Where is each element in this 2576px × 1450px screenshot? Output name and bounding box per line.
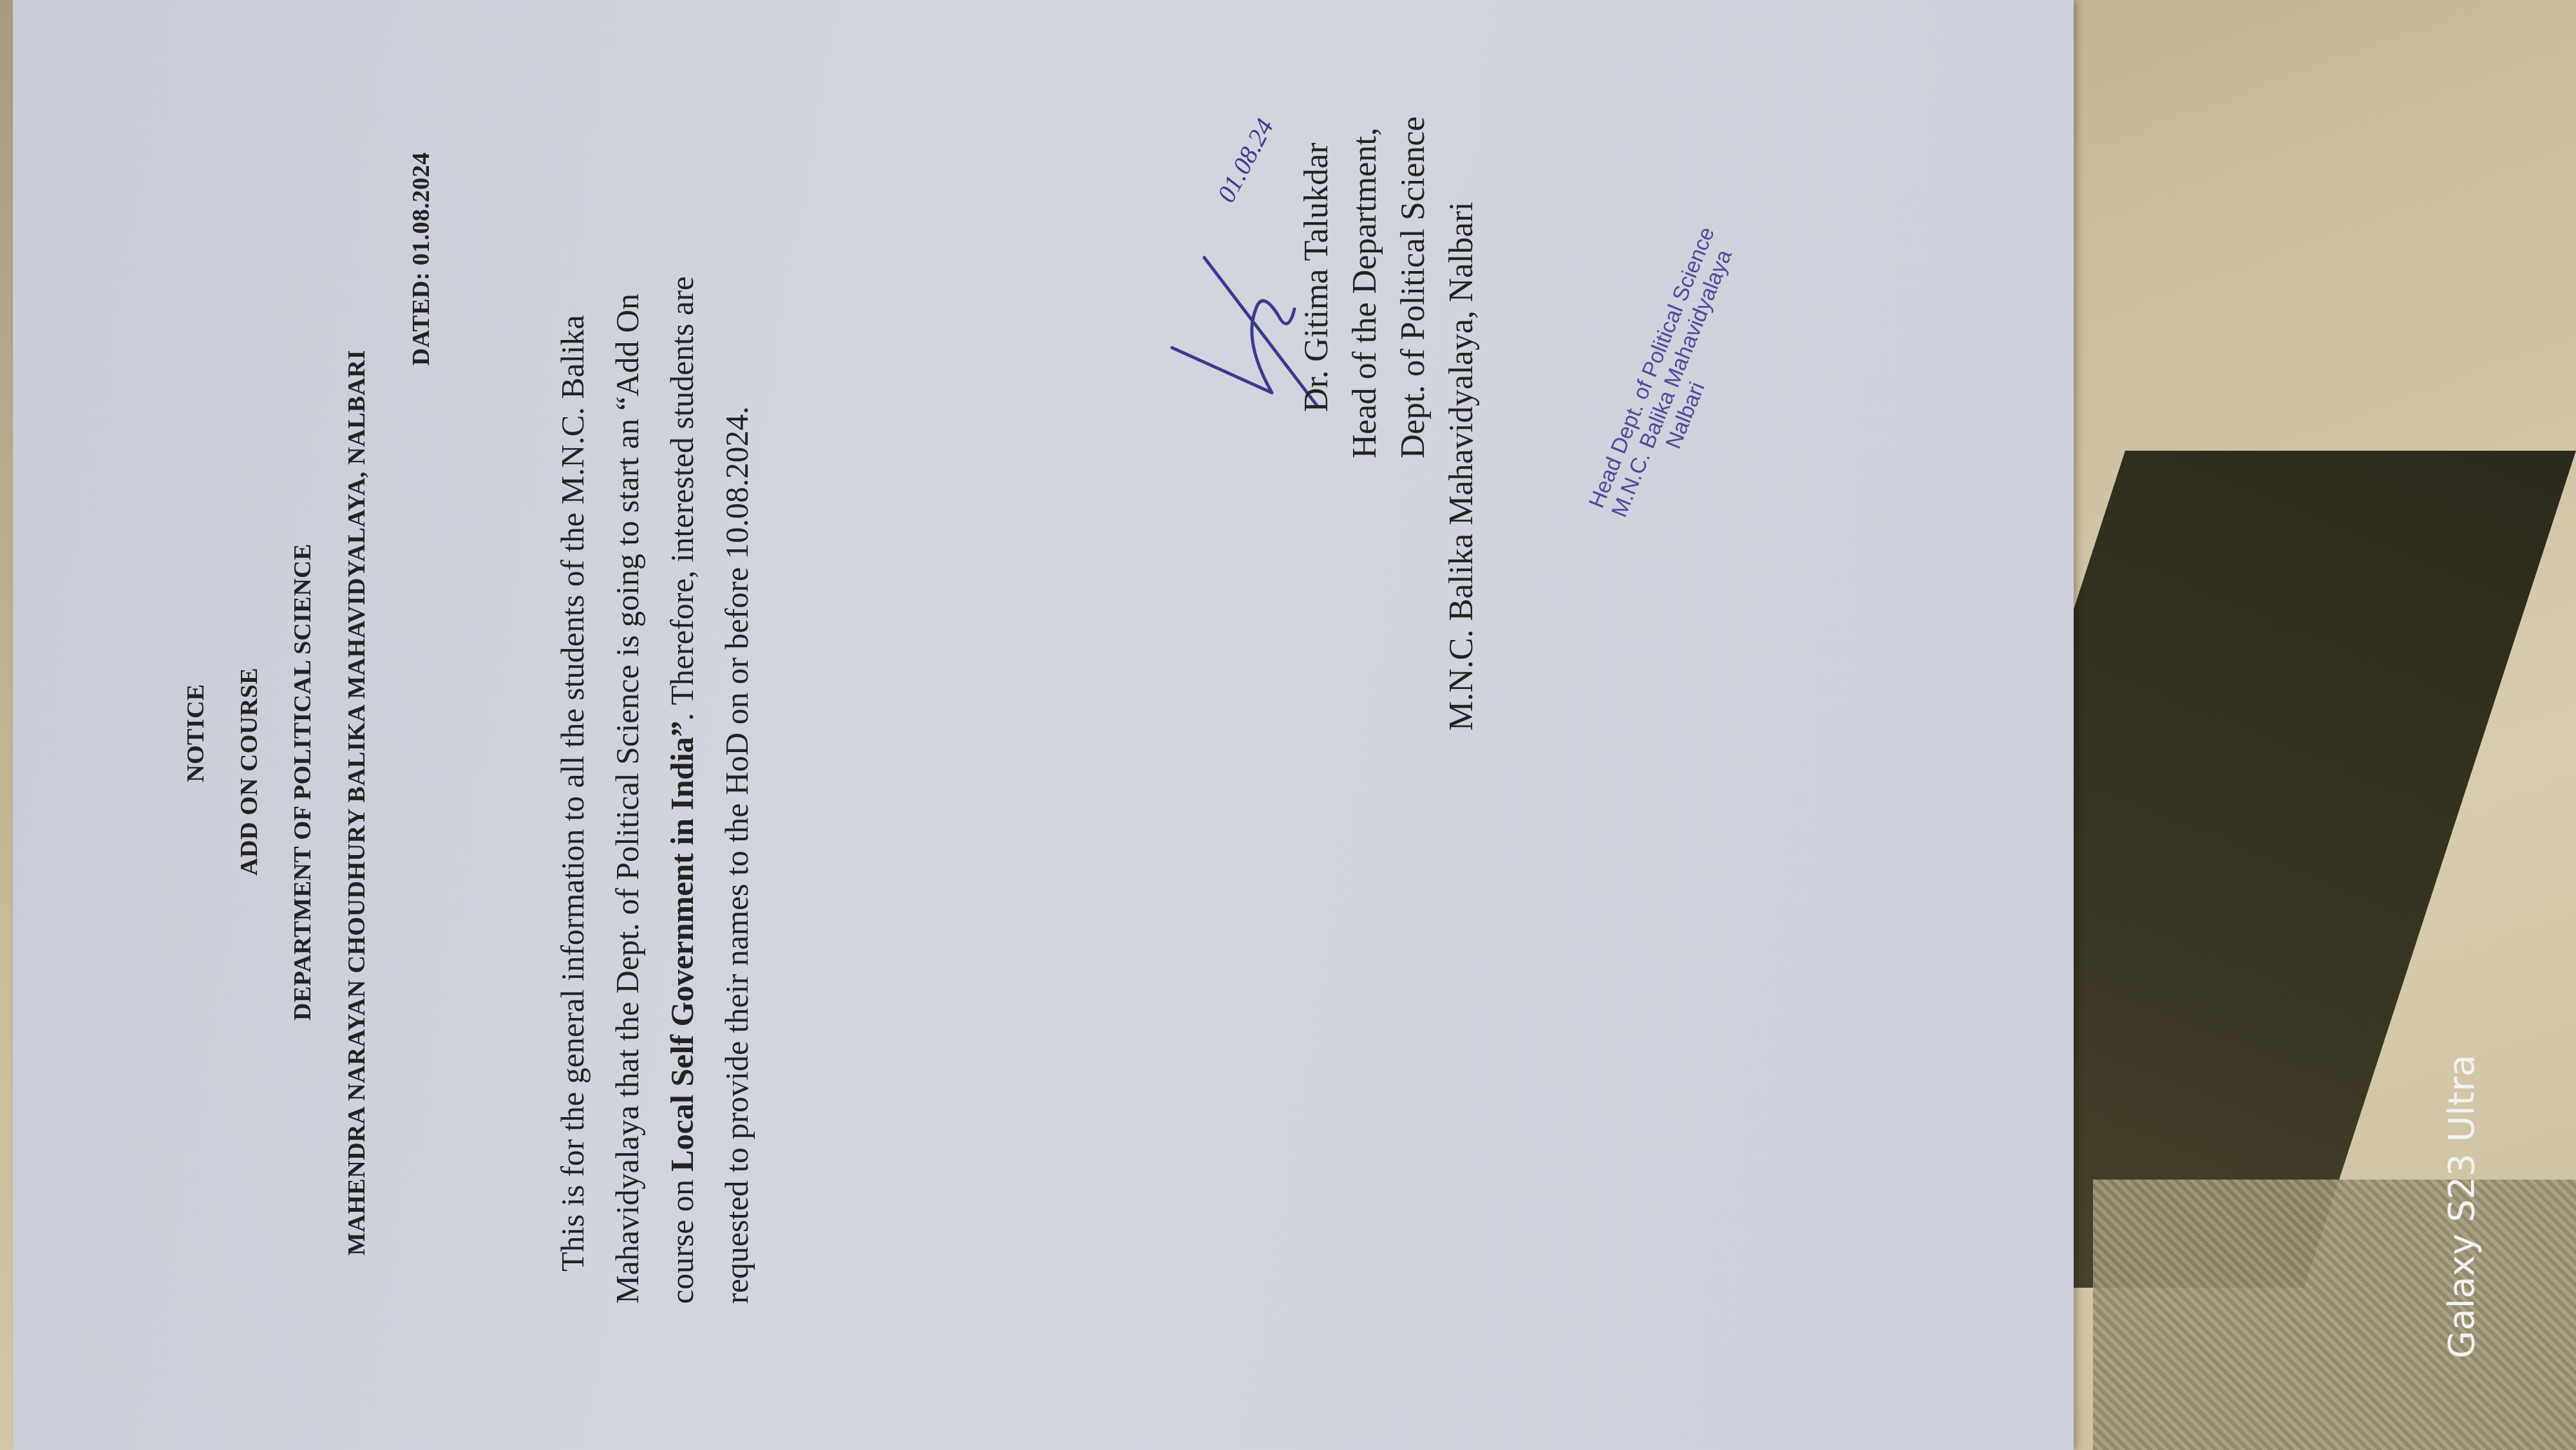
notice-subtitle: ADD ON COURSE <box>235 668 263 876</box>
body-line-4: requested to provide their names to the … <box>718 406 755 1304</box>
camera-watermark: Galaxy S23 Ultra <box>2441 1055 2483 1359</box>
notice-paper: NOTICE ADD ON COURSE DEPARTMENT OF POLIT… <box>13 0 2074 1450</box>
body-line-3-prefix: course on <box>664 1172 700 1304</box>
body-line-2: Mahavidyalaya that the Dept. of Politica… <box>609 294 646 1304</box>
department-stamp: Head Dept. of Political Science M.N.C. B… <box>1584 223 1765 530</box>
body-line-3: course on Local Self Government in India… <box>663 276 701 1304</box>
notice-title: NOTICE <box>182 684 210 782</box>
signatory-name: Dr. Gitima Talukdar <box>1298 142 1336 412</box>
notice-date: DATED: 01.08.2024 <box>407 152 435 366</box>
signatory-institution: M.N.C. Balika Mahavidyalaya, Nalbari <box>1443 202 1481 731</box>
body-line-3-suffix: . Therefore, interested students are <box>664 276 700 720</box>
signature-date: 01.08.24 <box>1211 113 1280 207</box>
body-line-1: This is for the general information to a… <box>554 315 591 1272</box>
stamp-line-2: M.N.C. Balika Mahavidyalaya <box>1607 232 1742 520</box>
course-name: Local Self Government in India” <box>664 720 700 1171</box>
institution-heading: MAHENDRA NARAYAN CHOUDHURY BALIKA MAHAVI… <box>343 350 371 1256</box>
department-heading: DEPARTMENT OF POLITICAL SCIENCE <box>289 543 317 1021</box>
signatory-department: Dept. of Political Science <box>1394 117 1432 458</box>
signatory-designation: Head of the Department, <box>1346 127 1384 458</box>
cloth-background <box>2093 1180 2576 1450</box>
